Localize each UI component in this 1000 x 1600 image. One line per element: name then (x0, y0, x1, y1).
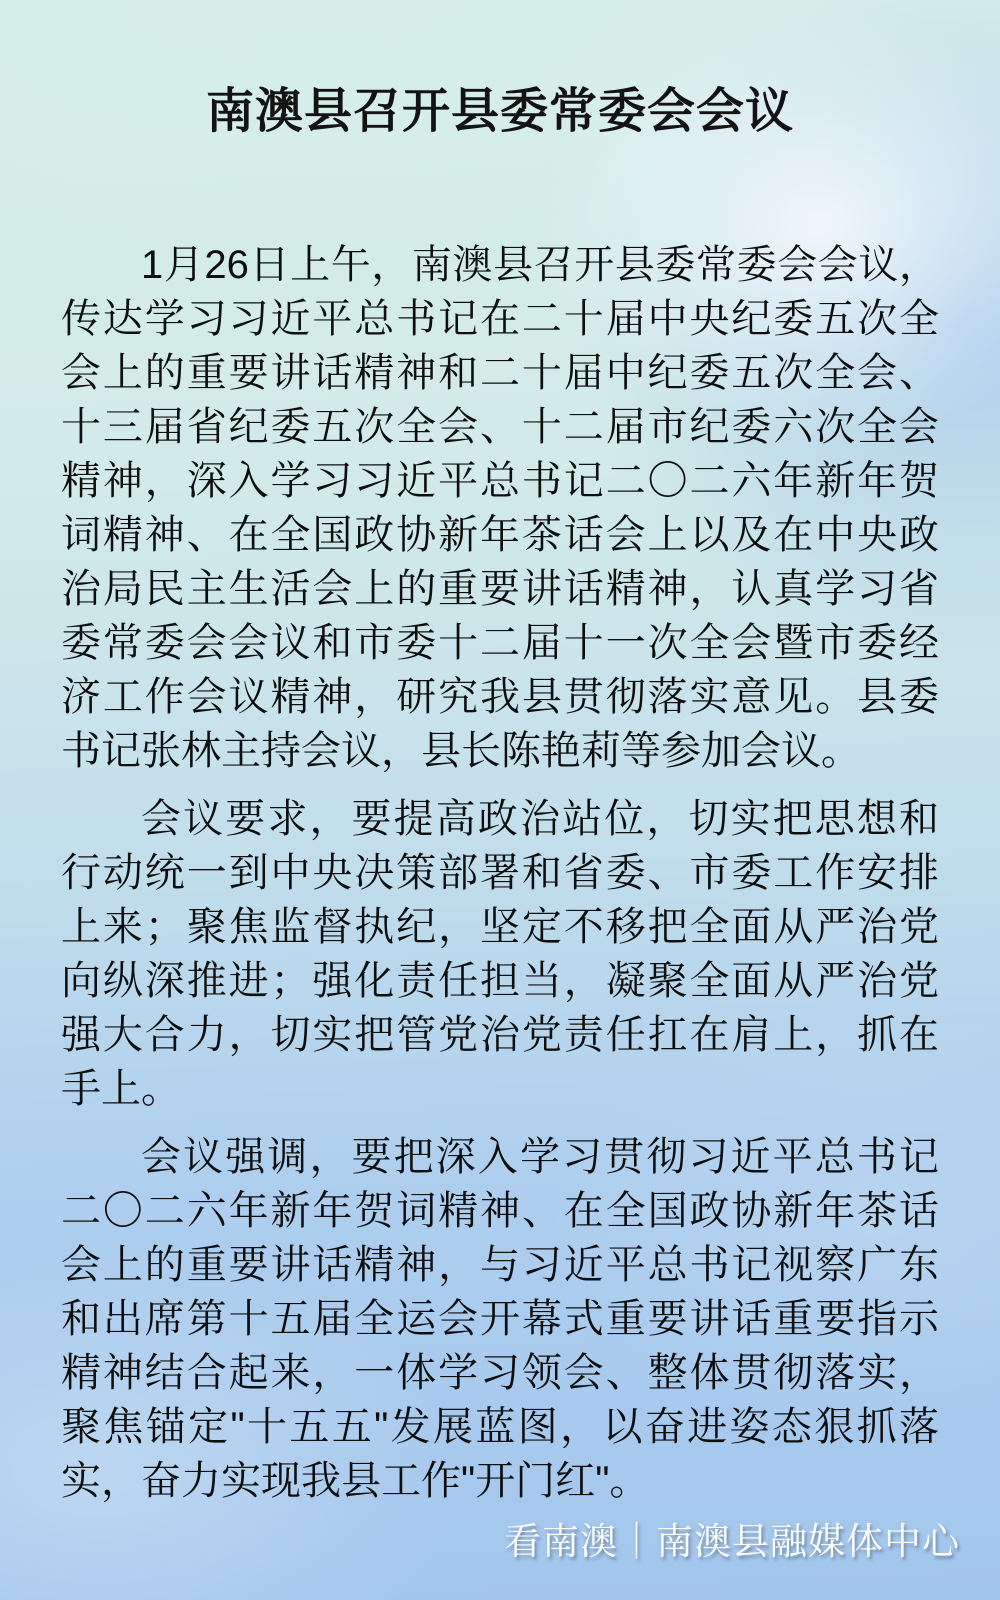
article-title: 南澳县召开县委常委会会议 (60, 0, 940, 138)
watermark: 看南澳｜南澳县融媒体中心 (504, 1522, 960, 1562)
article-paragraph: 会议要求，要提高政治站位，切实把思想和行动统一到中央决策部署和省委、市委工作安排… (61, 792, 939, 1116)
article-body: 1月26日上午，南澳县召开县委常委会会议，传达学习习近平总书记在二十届中央纪委五… (61, 238, 939, 1508)
article-page: 南澳县召开县委常委会会议 1月26日上午，南澳县召开县委常委会会议，传达学习习近… (0, 0, 1000, 1600)
article-paragraph: 会议强调，要把深入学习贯彻习近平总书记二〇二六年新年贺词精神、在全国政协新年茶话… (61, 1130, 939, 1508)
article-paragraph: 1月26日上午，南澳县召开县委常委会会议，传达学习习近平总书记在二十届中央纪委五… (61, 238, 939, 778)
